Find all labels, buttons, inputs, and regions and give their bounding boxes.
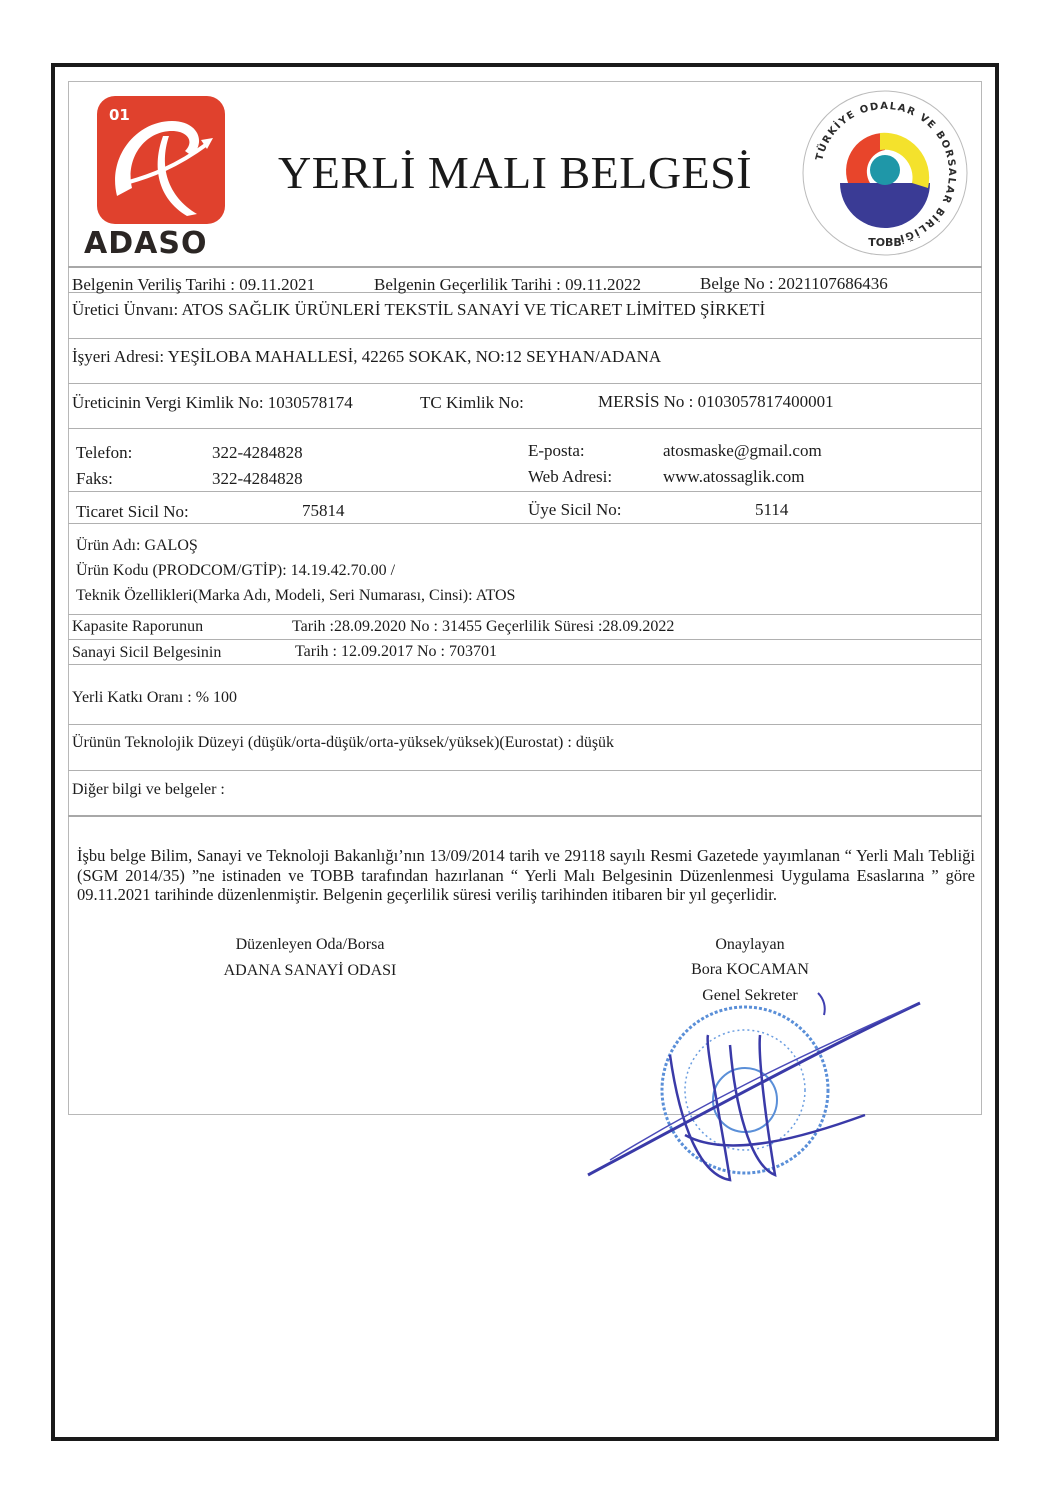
divider [68, 815, 982, 817]
email-value: atosmaske@gmail.com [663, 441, 822, 461]
page-title: YERLİ MALI BELGESİ [278, 145, 752, 201]
adaso-logo-icon: 01 [97, 96, 225, 224]
svg-text:01: 01 [109, 106, 130, 124]
producer-name: Üretici Ünvanı: ATOS SAĞLIK ÜRÜNLERİ TEK… [72, 300, 765, 320]
web-value: www.atossaglik.com [663, 467, 805, 487]
divider [68, 724, 982, 725]
adaso-logo-text: ADASO [84, 226, 207, 262]
technology-level: Ürünün Teknolojik Düzeyi (düşük/orta-düş… [72, 733, 614, 753]
trade-registry-value: 75814 [302, 501, 345, 521]
fax-value: 322-4284828 [212, 469, 303, 489]
divider [68, 428, 982, 429]
capacity-report-value: Tarih :28.09.2020 No : 31455 Geçerlilik … [292, 617, 674, 637]
business-address: İşyeri Adresi: YEŞİLOBA MAHALLESİ, 42265… [72, 347, 661, 367]
stamp-signature-icon [580, 985, 940, 1195]
other-documents: Diğer bilgi ve belgeler : [72, 780, 225, 800]
divider [68, 383, 982, 384]
issuer-name: ADANA SANAYİ ODASI [160, 961, 460, 981]
approver-label: Onaylayan [650, 935, 850, 955]
divider [68, 266, 982, 268]
technical-specs: Teknik Özellikleri(Marka Adı, Modeli, Se… [76, 586, 515, 606]
trade-registry-label: Ticaret Sicil No: [76, 502, 189, 522]
divider [68, 491, 982, 492]
industry-registry-label: Sanayi Sicil Belgesinin [72, 643, 221, 663]
member-registry-value: 5114 [755, 500, 788, 520]
phone-label: Telefon: [76, 443, 132, 463]
certificate-number: Belge No : 2021107686436 [700, 274, 888, 294]
approver-name: Bora KOCAMAN [650, 960, 850, 980]
mersis-number: MERSİS No : 0103057817400001 [598, 392, 834, 412]
divider [68, 338, 982, 339]
member-registry-label: Üye Sicil No: [528, 500, 622, 520]
divider [68, 614, 982, 615]
tc-id: TC Kimlik No: [420, 393, 524, 413]
validity-date: Belgenin Geçerlilik Tarihi : 09.11.2022 [374, 275, 641, 295]
capacity-report-label: Kapasite Raporunun [72, 617, 203, 637]
product-name: Ürün Adı: GALOŞ [76, 536, 198, 556]
tobb-logo-icon: TOBB TÜRKİYE ODALAR VE BORSALAR BİRLİĞİ [800, 88, 970, 258]
divider [68, 523, 982, 524]
divider [68, 639, 982, 640]
legal-statement: İşbu belge Bilim, Sanayi ve Teknoloji Ba… [77, 846, 975, 905]
issuer-label: Düzenleyen Oda/Borsa [160, 935, 460, 955]
local-content-ratio: Yerli Katkı Oranı : % 100 [72, 688, 237, 708]
issue-date: Belgenin Veriliş Tarihi : 09.11.2021 [72, 275, 315, 295]
industry-registry-value: Tarih : 12.09.2017 No : 703701 [295, 642, 497, 662]
svg-text:TOBB: TOBB [868, 236, 902, 249]
fax-label: Faks: [76, 469, 113, 489]
tax-id: Üreticinin Vergi Kimlik No: 1030578174 [72, 393, 353, 413]
divider [68, 770, 982, 771]
phone-value: 322-4284828 [212, 443, 303, 463]
email-label: E-posta: [528, 441, 585, 461]
web-label: Web Adresi: [528, 467, 612, 487]
product-code: Ürün Kodu (PRODCOM/GTİP): 14.19.42.70.00… [76, 561, 395, 581]
divider [68, 664, 982, 665]
